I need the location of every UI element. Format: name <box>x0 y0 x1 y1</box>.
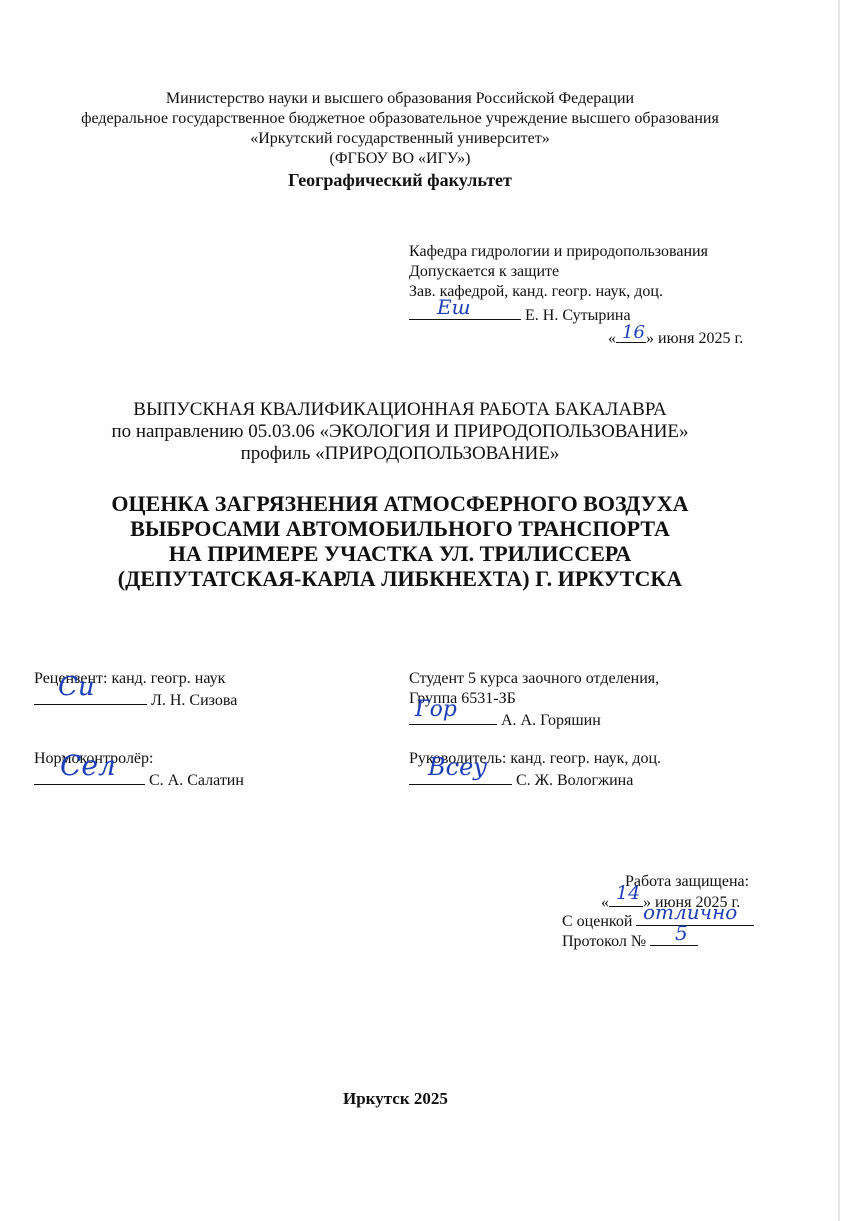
protocol-value-handwritten: 5 <box>675 924 688 943</box>
quote-open: « <box>601 894 609 911</box>
student-signature: Гор <box>415 700 457 719</box>
thesis-title: ОЦЕНКА ЗАГРЯЗНЕНИЯ АТМОСФЕРНОГО ВОЗДУХА … <box>0 491 800 591</box>
scan-edge <box>838 0 840 1221</box>
title-line-3: НА ПРИМЕРЕ УЧАСТКА УЛ. ТРИЛИССЕРА <box>0 541 800 566</box>
work-type: ВЫПУСКНАЯ КВАЛИФИКАЦИОННАЯ РАБОТА БАКАЛА… <box>0 399 800 421</box>
work-direction: по направлению 05.03.06 «ЭКОЛОГИЯ И ПРИР… <box>0 421 800 443</box>
faculty-line: Географический факультет <box>0 169 800 191</box>
supervisor-signature: Всеу <box>428 758 487 777</box>
head-name: Е. Н. Сутырина <box>525 307 631 324</box>
city-year: Иркутск 2025 <box>343 1089 448 1108</box>
normcontroller-signature: Сел <box>60 756 116 775</box>
admitted-line: Допускается к защите <box>409 262 559 281</box>
protocol-label: Протокол № <box>562 933 646 950</box>
normcontroller-name: С. А. Салатин <box>149 772 244 789</box>
defense-status: Работа защищена: <box>625 872 749 891</box>
head-signature: Еш <box>437 298 471 317</box>
work-type-block: ВЫПУСКНАЯ КВАЛИФИКАЦИОННАЯ РАБОТА БАКАЛА… <box>0 399 800 465</box>
reviewer-signature: Си <box>58 678 95 697</box>
department-line: Кафедра гидрологии и природопользования <box>409 242 708 261</box>
university-line: «Иркутский государственный университет» <box>0 129 800 149</box>
ministry-line: Министерство науки и высшего образования… <box>0 89 800 109</box>
work-profile: профиль «ПРИРОДОПОЛЬЗОВАНИЕ» <box>0 443 800 465</box>
grade-value-handwritten: отлично <box>643 903 737 922</box>
student-name: А. А. Горяшин <box>501 712 601 729</box>
abbreviation-line: (ФГБОУ ВО «ИГУ») <box>0 149 800 169</box>
reviewer-name: Л. Н. Сизова <box>151 692 237 709</box>
institution-header: Министерство науки и высшего образования… <box>0 89 800 191</box>
student-role: Студент 5 курса заочного отделения, <box>409 669 659 688</box>
quote-open: « <box>608 330 616 347</box>
grade-label: С оценкой <box>562 913 632 930</box>
supervisor-name: С. Ж. Вологжина <box>516 772 633 789</box>
date-rest: » июня 2025 г. <box>646 330 743 347</box>
institution-type-line: федеральное государственное бюджетное об… <box>0 109 800 129</box>
title-line-2: ВЫБРОСАМИ АВТОМОБИЛЬНОГО ТРАНСПОРТА <box>0 516 800 541</box>
defense-day-handwritten: 14 <box>616 884 640 903</box>
document-page: Министерство науки и высшего образования… <box>0 0 849 1221</box>
title-line-1: ОЦЕНКА ЗАГРЯЗНЕНИЯ АТМОСФЕРНОГО ВОЗДУХА <box>0 491 800 516</box>
approval-day-handwritten: 16 <box>622 323 645 342</box>
title-line-4: (ДЕПУТАТСКАЯ-КАРЛА ЛИБКНЕХТА) Г. ИРКУТСК… <box>0 566 800 591</box>
